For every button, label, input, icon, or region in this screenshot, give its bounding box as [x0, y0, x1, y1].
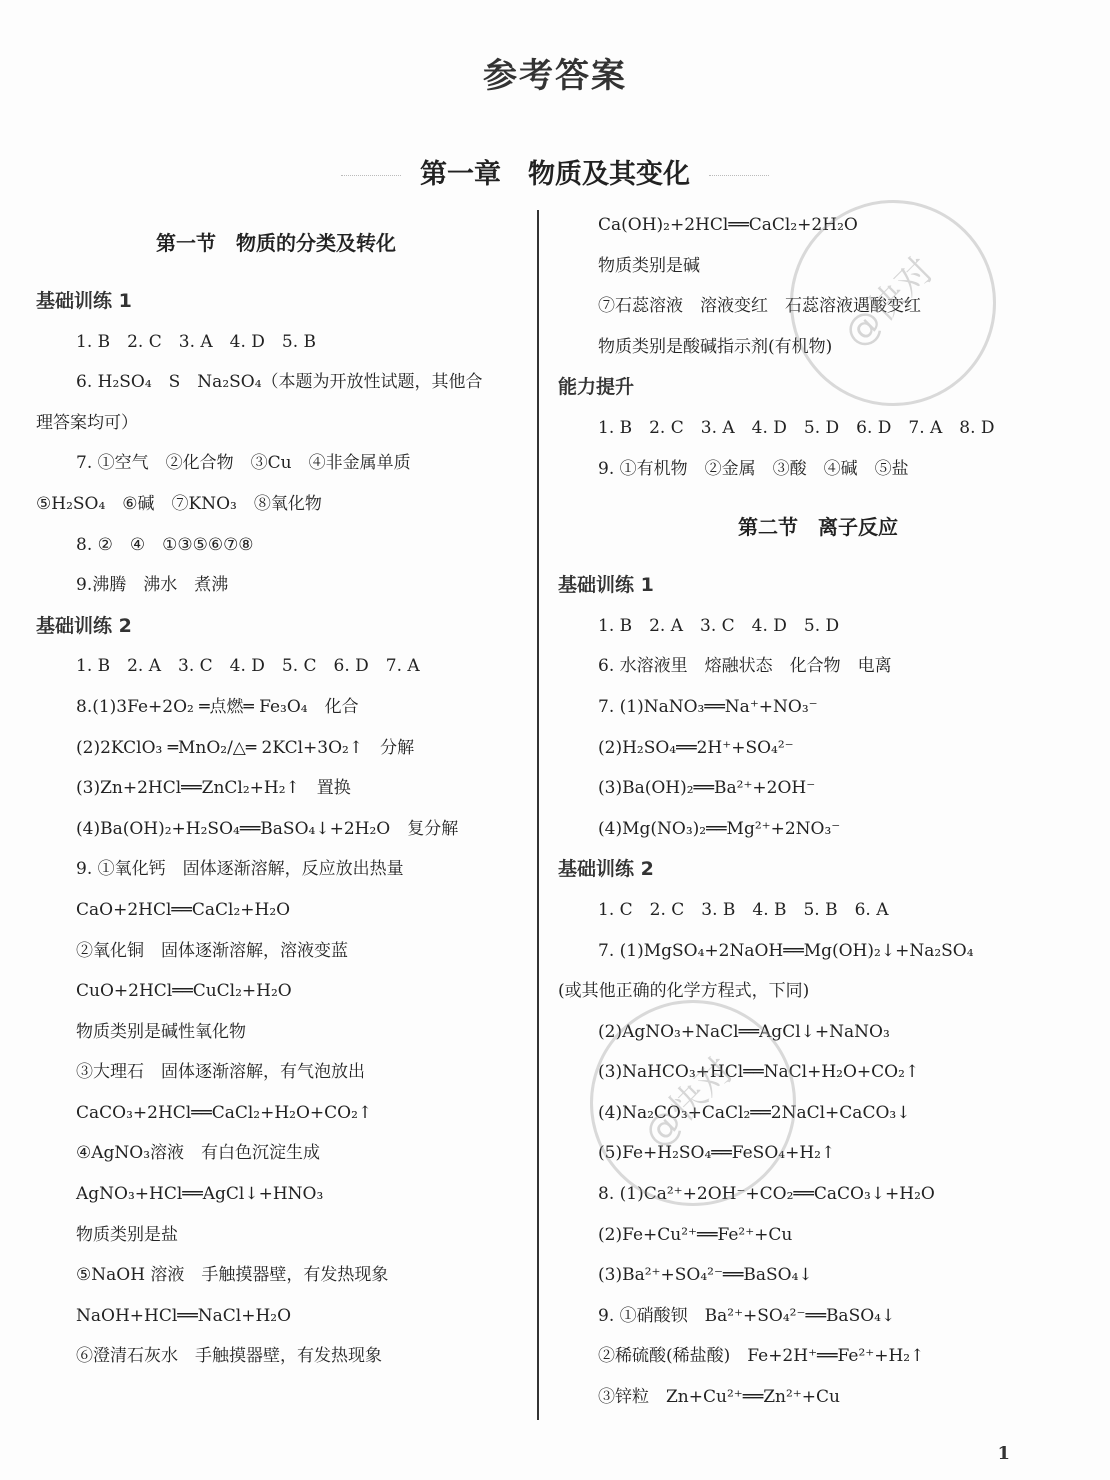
answer-line: ②稀硫酸(稀盐酸) Fe+2H⁺══Fe²⁺+H₂↑ — [558, 1336, 1078, 1377]
answer-line: ⑤NaOH 溶液 手触摸器壁，有发热现象 — [36, 1255, 516, 1296]
decorative-dots-left — [341, 175, 401, 176]
answer-line: 6. 水溶液里 熔融状态 化合物 电离 — [558, 646, 1078, 687]
chapter-heading: 第一章 物质及其变化 — [0, 152, 1110, 191]
right-column: Ca(OH)₂+2HCl══CaCl₂+2H₂O物质类别是碱⑦石蕊溶液 溶液变红… — [558, 205, 1078, 1418]
answer-line: 理答案均可） — [36, 403, 516, 444]
answer-line: ③大理石 固体逐渐溶解，有气泡放出 — [36, 1052, 516, 1093]
answer-line: 物质类别是盐 — [36, 1215, 516, 1256]
answer-line: (3)Ba²⁺+SO₄²⁻══BaSO₄↓ — [558, 1255, 1078, 1296]
answer-line: (3)Ba(OH)₂══Ba²⁺+2OH⁻ — [558, 768, 1078, 809]
answer-line: 8.(1)3Fe+2O₂ ═点燃═ Fe₃O₄ 化合 — [36, 687, 516, 728]
page-title: 参考答案 — [0, 48, 1110, 97]
answer-line: ③锌粒 Zn+Cu²⁺══Zn²⁺+Cu — [558, 1377, 1078, 1418]
answer-line: (3)NaHCO₃+HCl══NaCl+H₂O+CO₂↑ — [558, 1052, 1078, 1093]
decorative-dots-right — [709, 175, 769, 176]
answer-line: 物质类别是碱性氧化物 — [36, 1012, 516, 1053]
answer-line: (2)Fe+Cu²⁺══Fe²⁺+Cu — [558, 1215, 1078, 1256]
subsection-heading: 基础训练 1 — [558, 565, 1078, 606]
column-divider — [537, 210, 539, 1420]
answer-line: 9. ①硝酸钡 Ba²⁺+SO₄²⁻══BaSO₄↓ — [558, 1296, 1078, 1337]
answer-line: (4)Na₂CO₃+CaCl₂══2NaCl+CaCO₃↓ — [558, 1093, 1078, 1134]
answer-line: CaCO₃+2HCl══CaCl₂+H₂O+CO₂↑ — [36, 1093, 516, 1134]
page-number: 1 — [997, 1443, 1010, 1464]
answer-line: ⑤H₂SO₄ ⑥碱 ⑦KNO₃ ⑧氧化物 — [36, 484, 516, 525]
answer-line: 9.沸腾 沸水 煮沸 — [36, 565, 516, 606]
chapter-title: 第一章 物质及其变化 — [420, 159, 690, 190]
answer-line: 7. (1)NaNO₃══Na⁺+NO₃⁻ — [558, 687, 1078, 728]
answer-line: ⑥澄清石灰水 手触摸器壁，有发热现象 — [36, 1336, 516, 1377]
answer-line: (2)AgNO₃+NaCl══AgCl↓+NaNO₃ — [558, 1012, 1078, 1053]
answer-line: 1. B 2. A 3. C 4. D 5. C 6. D 7. A — [36, 646, 516, 687]
answer-line: CuO+2HCl══CuCl₂+H₂O — [36, 971, 516, 1012]
answer-line: 9. ①氧化钙 固体逐渐溶解，反应放出热量 — [36, 849, 516, 890]
subsection-heading: 基础训练 2 — [36, 606, 516, 647]
subsection-heading: 基础训练 2 — [558, 849, 1078, 890]
answer-line: 物质类别是碱 — [558, 246, 1078, 287]
answer-line: 8. ② ④ ①③⑤⑥⑦⑧ — [36, 525, 516, 566]
answer-line: CaO+2HCl══CaCl₂+H₂O — [36, 890, 516, 931]
answer-line: (2)H₂SO₄══2H⁺+SO₄²⁻ — [558, 728, 1078, 769]
subsection-heading: 能力提升 — [558, 367, 1078, 408]
section-heading: 第二节 离子反应 — [558, 489, 1078, 565]
left-column: 第一节 物质的分类及转化基础训练 11. B 2. C 3. A 4. D 5.… — [36, 205, 516, 1377]
answer-line: 6. H₂SO₄ S Na₂SO₄（本题为开放性试题，其他合 — [36, 362, 516, 403]
answer-line: AgNO₃+HCl══AgCl↓+HNO₃ — [36, 1174, 516, 1215]
answer-line: NaOH+HCl══NaCl+H₂O — [36, 1296, 516, 1337]
answer-line: ④AgNO₃溶液 有白色沉淀生成 — [36, 1133, 516, 1174]
answer-line: Ca(OH)₂+2HCl══CaCl₂+2H₂O — [558, 205, 1078, 246]
answer-line: (5)Fe+H₂SO₄══FeSO₄+H₂↑ — [558, 1133, 1078, 1174]
answer-line: ②氧化铜 固体逐渐溶解，溶液变蓝 — [36, 931, 516, 972]
answer-line: (2)2KClO₃ ═MnO₂/△═ 2KCl+3O₂↑ 分解 — [36, 728, 516, 769]
answer-line: 1. B 2. C 3. A 4. D 5. B — [36, 322, 516, 363]
answer-line: 1. B 2. C 3. A 4. D 5. D 6. D 7. A 8. D — [558, 408, 1078, 449]
answer-line: (或其他正确的化学方程式，下同) — [558, 971, 1078, 1012]
answer-line: 9. ①有机物 ②金属 ③酸 ④碱 ⑤盐 — [558, 449, 1078, 490]
answer-line: 8. (1)Ca²⁺+2OH⁻+CO₂══CaCO₃↓+H₂O — [558, 1174, 1078, 1215]
answer-line: (4)Mg(NO₃)₂══Mg²⁺+2NO₃⁻ — [558, 809, 1078, 850]
answer-line: (3)Zn+2HCl══ZnCl₂+H₂↑ 置换 — [36, 768, 516, 809]
answer-line: 1. B 2. A 3. C 4. D 5. D — [558, 606, 1078, 647]
answer-line: ⑦石蕊溶液 溶液变红 石蕊溶液遇酸变红 — [558, 286, 1078, 327]
answer-line: 物质类别是酸碱指示剂(有机物) — [558, 327, 1078, 368]
answer-line: 1. C 2. C 3. B 4. B 5. B 6. A — [558, 890, 1078, 931]
subsection-heading: 基础训练 1 — [36, 281, 516, 322]
answer-line: 7. (1)MgSO₄+2NaOH══Mg(OH)₂↓+Na₂SO₄ — [558, 931, 1078, 972]
section-heading: 第一节 物质的分类及转化 — [36, 205, 516, 281]
answer-line: 7. ①空气 ②化合物 ③Cu ④非金属单质 — [36, 443, 516, 484]
answer-line: (4)Ba(OH)₂+H₂SO₄══BaSO₄↓+2H₂O 复分解 — [36, 809, 516, 850]
